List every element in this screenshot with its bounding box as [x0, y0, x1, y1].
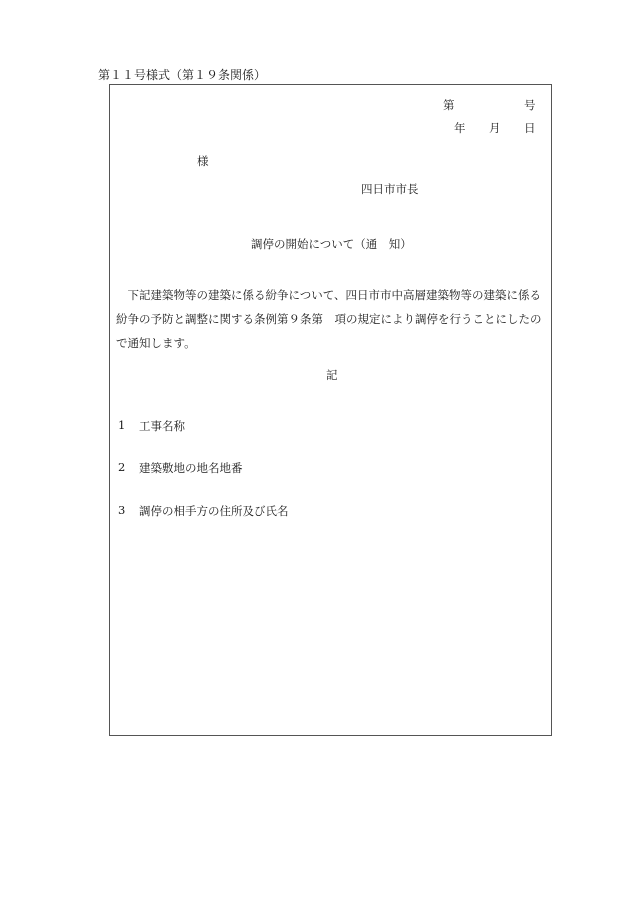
date-year: 年 — [454, 120, 466, 136]
body-line: 下記建築物等の建築に係る紛争について、四日市市中高層建築物等の建築に係る — [116, 283, 550, 307]
item-number: 3 — [118, 503, 125, 517]
body-line: で通知します。 — [116, 331, 550, 355]
sender-name: 四日市市長 — [361, 181, 419, 197]
item-number: 1 — [118, 418, 125, 432]
document-number-suffix: 号 — [524, 97, 536, 113]
form-frame — [109, 84, 552, 736]
record-heading: 記 — [326, 367, 338, 383]
item-label: 工事名称 — [139, 418, 185, 434]
body-line: 紛争の予防と調整に関する条例第９条第 項の規定により調停を行うことにしたの — [116, 307, 550, 331]
date-day: 日 — [524, 120, 536, 136]
body-paragraph: 下記建築物等の建築に係る紛争について、四日市市中高層建築物等の建築に係る 紛争の… — [116, 283, 550, 355]
addressee-suffix: 様 — [197, 153, 209, 169]
date-month: 月 — [489, 120, 501, 136]
item-label: 調停の相手方の住所及び氏名 — [139, 503, 289, 519]
item-label: 建築敷地の地名地番 — [139, 460, 243, 476]
document-title: 調停の開始について（通 知） — [251, 236, 412, 252]
form-number-label: 第１１号様式（第１９条関係） — [98, 66, 266, 83]
document-number-prefix: 第 — [443, 97, 455, 113]
item-number: 2 — [118, 460, 125, 474]
